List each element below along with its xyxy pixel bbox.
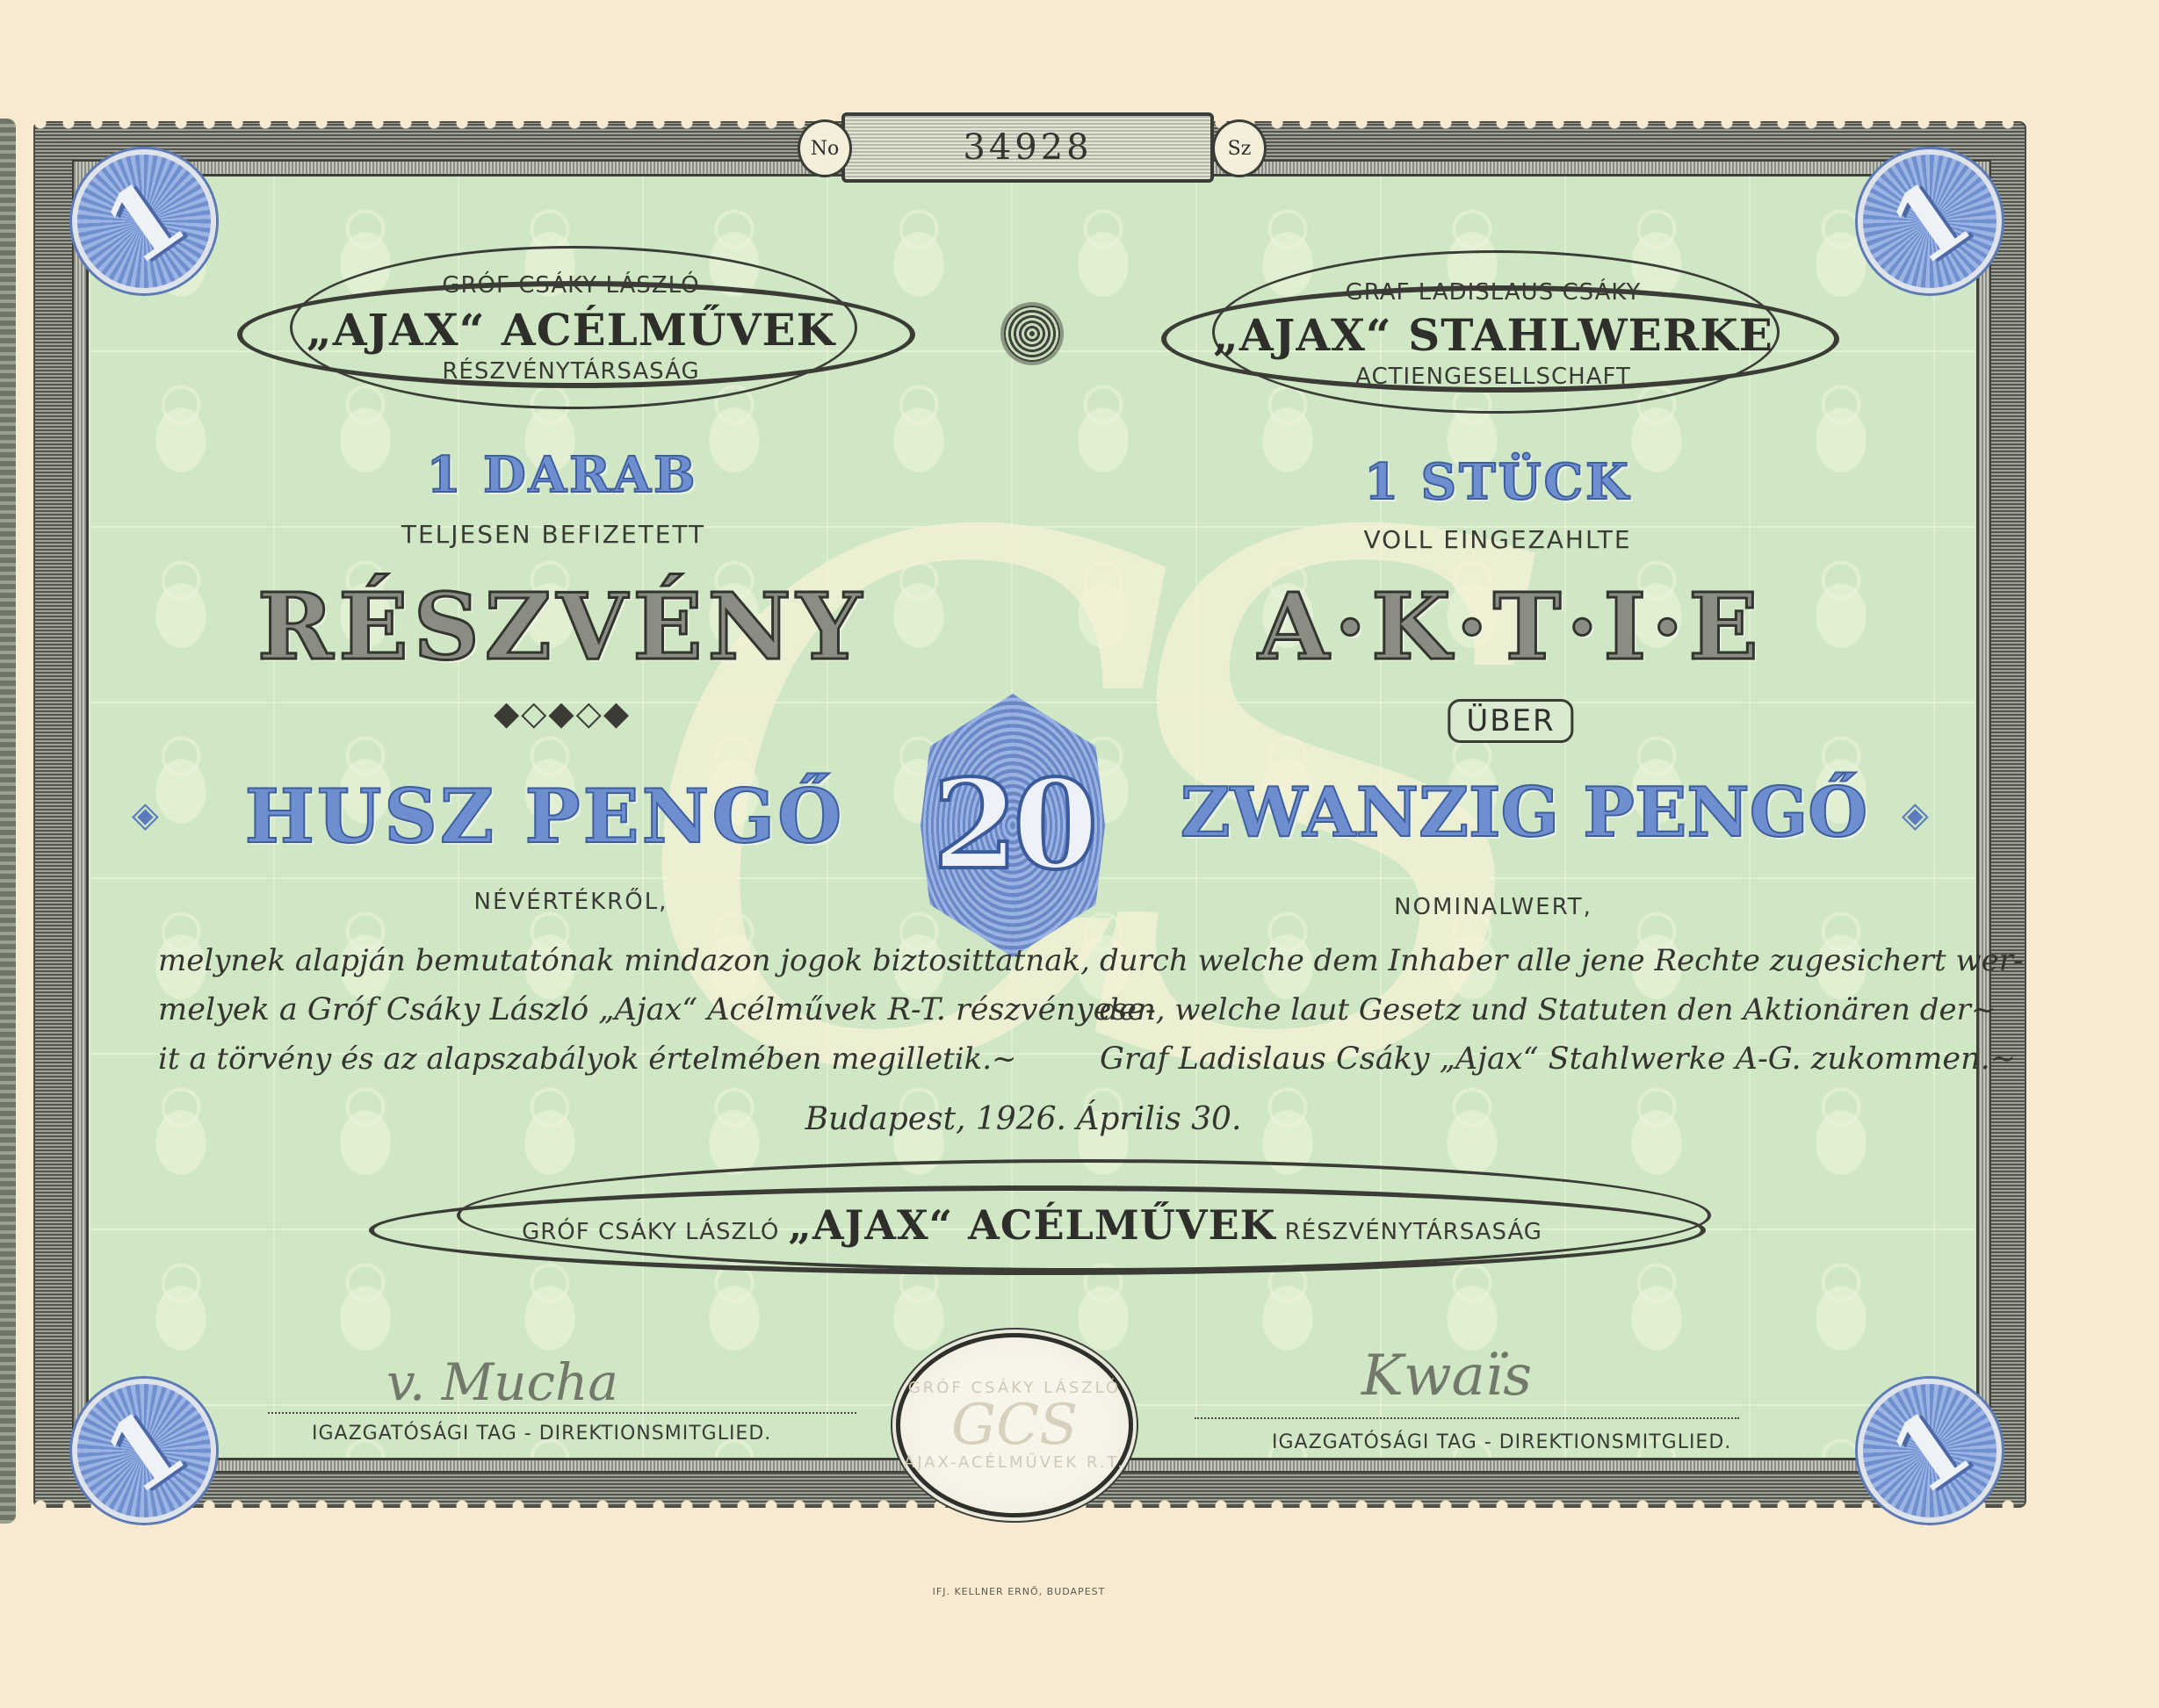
diamond-ornament-left: ◈ (132, 795, 159, 835)
place-date: Budapest, 1926. Április 30. (805, 1101, 1242, 1137)
corner-medallion-top-right: 1 (1858, 149, 2002, 293)
amount-value: 20 (933, 753, 1094, 897)
ornament-hu: ◆◇◆◇◆ (494, 694, 631, 732)
amount-de: ZWANZIG PENGŐ (1181, 773, 1868, 853)
footer-company-name: „AJAX“ ACÉLMŰVEK (788, 1201, 1275, 1249)
signature-line-left (268, 1412, 856, 1414)
signature-line-right (1195, 1417, 1739, 1419)
title-hu: RÉSZVÉNY (257, 573, 867, 681)
company-de-name: „AJAX“ STAHLWERKE (1213, 309, 1773, 361)
serial-number-box: 34928 (841, 112, 1214, 183)
seal-monogram: GCS (951, 1397, 1078, 1453)
serial-suffix: Sz (1212, 119, 1267, 177)
embossed-seal: GRÓF CSÁKY LÁSZLÓ GCS AJAX-ACÉLMŰVEK R.T… (896, 1333, 1133, 1517)
text-de-line1: durch welche dem Inhaber alle jene Recht… (1100, 943, 2023, 978)
signature-label-left: IGAZGATÓSÁGI TAG - DIREKTIONSMITGLIED. (312, 1423, 771, 1445)
footer-company-prefix: GRÓF CSÁKY LÁSZLÓ (522, 1219, 779, 1245)
company-hu-line3: RÉSZVÉNYTÁRSASÁG (442, 358, 699, 385)
signature-left: v. Mucha (386, 1352, 618, 1412)
text-hu-line3: it a törvény és az alapszabályok értelmé… (158, 1041, 1017, 1077)
serial-number: 34928 (963, 127, 1092, 168)
company-hu-line1: GRÓF CSÁKY LÁSZLÓ (442, 272, 699, 299)
company-de-line1: GRAF LADISLAUS CSÁKY (1346, 279, 1642, 306)
footer-company-suffix: RÉSZVÉNYTÁRSASÁG (1285, 1219, 1542, 1245)
amount-hu: HUSZ PENGŐ (245, 773, 845, 860)
denomination-one: 1 (1870, 155, 1990, 287)
denomination-one: 1 (1870, 1385, 1990, 1517)
corner-medallion-bottom-left: 1 (72, 1379, 216, 1523)
share-count-hu: 1 DARAB (427, 446, 698, 504)
diamond-ornament-right: ◈ (1902, 795, 1929, 835)
denomination-one: 1 (84, 1385, 205, 1517)
over-label-de: ÜBER (1448, 699, 1573, 743)
nominal-label-hu: NÉVÉRTÉKRŐL, (474, 889, 668, 915)
paid-label-hu: TELJESEN BEFIZETETT (401, 520, 705, 549)
footer-company: GRÓF CSÁKY LÁSZLÓ „AJAX“ ACÉLMŰVEK RÉSZV… (439, 1201, 1625, 1249)
text-de-line3: Graf Ladislaus Csáky „Ajax“ Stahlwerke A… (1100, 1041, 2016, 1077)
text-de-line2: den, welche laut Gesetz und Statuten den… (1100, 992, 1996, 1027)
corner-medallion-bottom-right: 1 (1858, 1379, 2002, 1523)
seal-bottom-text: AJAX-ACÉLMŰVEK R.T. (904, 1453, 1125, 1472)
left-edge-strip (0, 119, 16, 1524)
rosette-ornament (1004, 306, 1060, 362)
signature-label-right: IGAZGATÓSÁGI TAG - DIREKTIONSMITGLIED. (1272, 1431, 1731, 1453)
paid-label-de: VOLL EINGEZAHLTE (1363, 525, 1631, 554)
signature-right: Kwaïs (1361, 1344, 1532, 1409)
nominal-label-de: NOMINALWERT, (1394, 894, 1592, 920)
title-de: A·K·T·I·E (1258, 573, 1763, 681)
corner-medallion-top-left: 1 (72, 149, 216, 293)
company-hu-name: „AJAX“ ACÉLMŰVEK (307, 304, 835, 356)
printer-mark: IFJ. KELLNER ERNŐ, BUDAPEST (933, 1586, 1106, 1597)
share-count-de: 1 STÜCK (1364, 453, 1631, 511)
denomination-one: 1 (84, 155, 205, 287)
serial-prefix: No (798, 119, 852, 177)
company-de-line3: ACTIENGESELLSCHAFT (1355, 364, 1631, 390)
text-hu-line1: melynek alapján bemutatónak mindazon jog… (158, 943, 1090, 978)
text-hu-line2: melyek a Gróf Csáky László „Ajax“ Acélmű… (158, 992, 1156, 1027)
